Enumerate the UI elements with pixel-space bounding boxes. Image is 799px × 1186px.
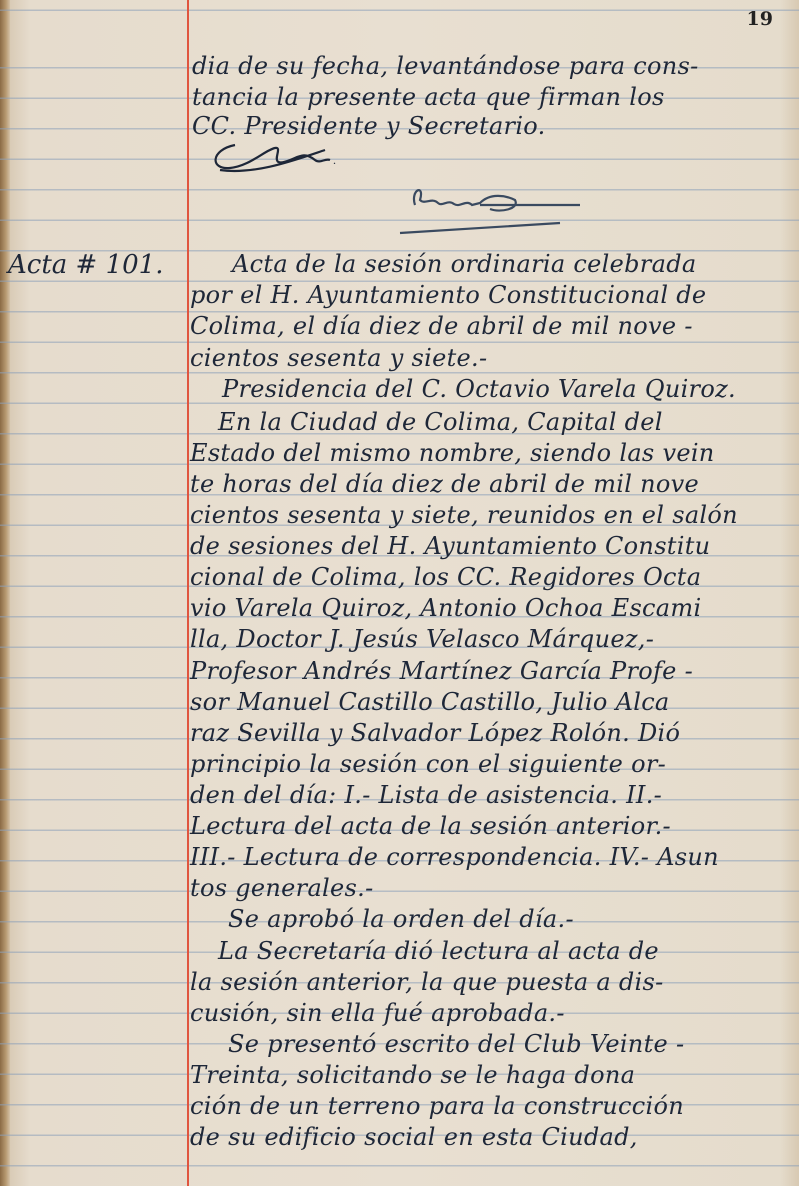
handwritten-line: lla, Doctor J. Jesús Velasco Márquez,-	[190, 625, 654, 653]
handwritten-line: III.- Lectura de correspondencia. IV.- A…	[190, 843, 719, 871]
handwritten-line: cientos sesenta y siete.-	[190, 344, 487, 372]
svg-text:.: .	[333, 153, 336, 167]
handwritten-line: Profesor Andrés Martínez García Profe -	[190, 657, 693, 685]
handwritten-line: te horas del día diez de abril de mil no…	[190, 470, 699, 498]
handwritten-line: Treinta, solicitando se le haga dona	[190, 1061, 635, 1089]
handwritten-line: Lectura del acta de la sesión anterior.-	[190, 812, 671, 840]
handwritten-line: La Secretaría dió lectura al acta de	[218, 937, 659, 965]
handwritten-line: ción de un terreno para la construcción	[190, 1092, 684, 1120]
handwritten-line: cusión, sin ella fué aprobada.-	[190, 999, 565, 1027]
handwritten-line: dia de su fecha, levantándose para cons-	[192, 52, 699, 80]
secretary-signature	[370, 175, 600, 240]
handwritten-line: sor Manuel Castillo Castillo, Julio Alca	[190, 688, 670, 716]
handwritten-line: cientos sesenta y siete, reunidos en el …	[190, 501, 738, 529]
handwritten-line: por el H. Ayuntamiento Constitucional de	[190, 281, 706, 309]
handwritten-line: En la Ciudad de Colima, Capital del	[218, 408, 663, 436]
handwritten-line: vio Varela Quiroz, Antonio Ochoa Escami	[190, 594, 701, 622]
handwritten-line: Estado del mismo nombre, siendo las vein	[190, 439, 715, 467]
handwritten-line: den del día: I.- Lista de asistencia. II…	[190, 781, 662, 809]
handwritten-line: cional de Colima, los CC. Regidores Octa	[190, 563, 701, 591]
red-margin-line	[187, 0, 189, 1186]
handwritten-line: tos generales.-	[190, 874, 373, 902]
handwritten-line: Se presentó escrito del Club Veinte -	[228, 1030, 684, 1058]
handwritten-line: tancia la presente acta que firman los	[192, 83, 665, 111]
handwritten-line: la sesión anterior, la que puesta a dis-	[190, 968, 664, 996]
handwritten-line: Colima, el día diez de abril de mil nove…	[190, 312, 693, 340]
page-number: 19	[747, 8, 773, 30]
acta-number-margin-note: Acta # 101.	[8, 250, 164, 280]
handwritten-line: Presidencia del C. Octavio Varela Quiroz…	[222, 375, 736, 403]
handwritten-line: principio la sesión con el siguiente or-	[190, 750, 666, 778]
president-signature: .	[205, 130, 365, 180]
handwritten-line: de sesiones del H. Ayuntamiento Constitu	[190, 532, 710, 560]
handwritten-line: Acta de la sesión ordinaria celebrada	[232, 250, 696, 278]
handwritten-line: Se aprobó la orden del día.-	[228, 905, 574, 933]
ledger-page: 19 Acta # 101. dia de su fecha, levantán…	[0, 0, 799, 1186]
handwritten-line: de su edificio social en esta Ciudad,	[190, 1123, 638, 1151]
handwritten-line: raz Sevilla y Salvador López Rolón. Dió	[190, 719, 680, 747]
